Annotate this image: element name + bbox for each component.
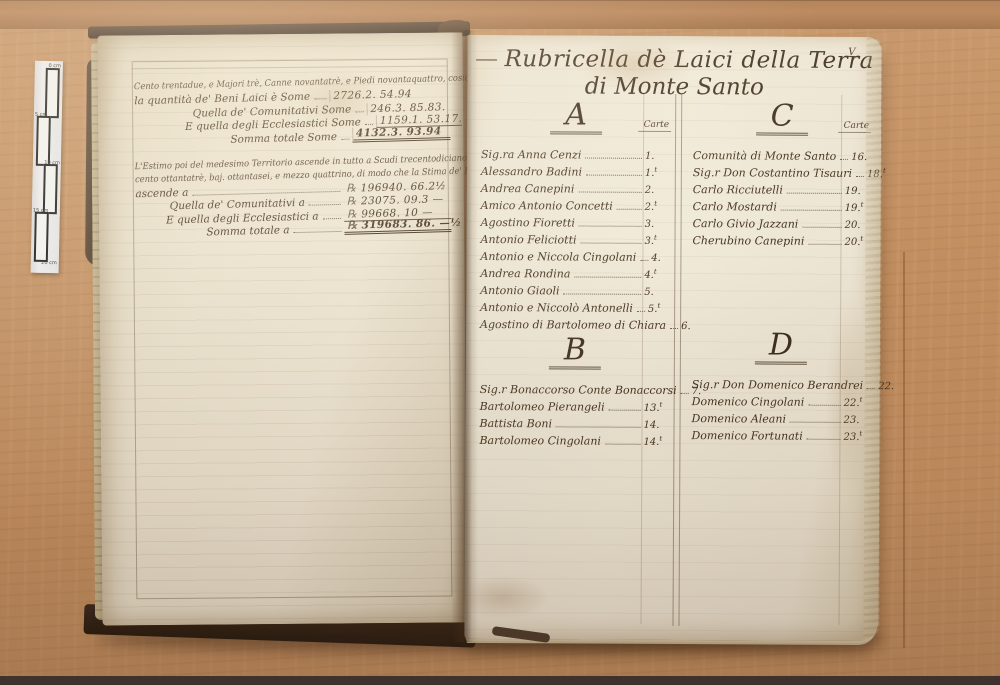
scudi-symbol: ℞ (346, 194, 357, 207)
entry-name: Amico Antonio Concetti (481, 199, 613, 213)
entry-carte: 22.t (844, 398, 870, 409)
index-entry: Domenico Fortunati 23.t (691, 425, 869, 443)
scudi-symbol: ℞ (346, 181, 357, 194)
dotted-leader (341, 138, 349, 139)
index-entry: Domenico Aleani 23. (692, 408, 870, 426)
index-entry: Sig.r Don Domenico Berandrei 22. (692, 374, 870, 392)
entry-carte: 2. (645, 185, 671, 196)
entry-carte: 1.t (645, 168, 671, 179)
dotted-leader (581, 243, 642, 244)
dotted-leader (617, 209, 642, 210)
scudi-symbol: ℞ (347, 218, 358, 231)
scale-segment (36, 116, 51, 166)
index-entry: Carlo Mostardi 19.t (693, 196, 871, 214)
entry-carte: 20. (845, 220, 871, 231)
entry-name: Sig.r Bonaccorso Conte Bonaccorsi (480, 383, 677, 397)
index-entry: Carlo Ricciutelli 19. (693, 179, 871, 197)
entry-name: Antonio Feliciotti (480, 233, 576, 247)
dotted-leader (579, 226, 642, 227)
entry-carte: 13.t (644, 403, 670, 414)
entry-name: Antonio e Niccolò Antonelli (480, 301, 633, 315)
account-label: Somma totale a (206, 224, 290, 238)
index-entry: Agostino Fioretti 3. (481, 212, 671, 230)
summary-some-block: Cento trentadue, e Majori trè, Canne nov… (134, 73, 451, 148)
table-plank-seam (903, 252, 905, 648)
section-header: C Carte (693, 100, 871, 141)
entry-list: Sig.ra Anna Cenzi 1. Alessandro Badini 1… (480, 144, 671, 332)
entry-carte: 19. (845, 186, 871, 197)
entry-carte: 14. (644, 420, 670, 431)
carte-header: Carte (838, 121, 872, 133)
dotted-leader (586, 175, 642, 176)
entry-carte: 4. (651, 253, 670, 264)
entry-carte: 16. (851, 152, 871, 163)
section-letter: D (692, 329, 870, 365)
dotted-leader (670, 328, 678, 329)
account-label: ascende a (135, 186, 188, 199)
account-total-value: ℞319683. 86. —½ (344, 216, 451, 235)
scale-segment (43, 164, 58, 214)
index-entry: Carlo Givio Jazzani 20. (693, 213, 871, 231)
entry-name: Domenico Aleani (692, 412, 786, 425)
dotted-leader (605, 444, 640, 445)
entry-name: Carlo Ricciutelli (693, 183, 783, 196)
index-entry: Cherubino Canepini 20.t (692, 230, 870, 248)
entry-name: Battista Boni (480, 417, 553, 430)
section-d: D Sig.r Don Domenico Berandrei 22. Domen… (691, 329, 870, 443)
index-entry: Domenico Cingolani 22.t (692, 391, 870, 409)
entry-name: Sig.r Don Costantino Tisauri (693, 166, 852, 180)
left-page: Cento trentadue, e Majori trè, Canne nov… (97, 32, 467, 625)
entry-name: Bartolomeo Cingolani (479, 434, 601, 448)
entry-carte: 22. (878, 381, 894, 392)
dotted-leader (585, 158, 642, 159)
dotted-leader (856, 176, 864, 177)
entry-name: Agostino Fioretti (481, 216, 575, 229)
entry-name: Cherubino Canepini (692, 234, 804, 248)
estimo-scudi-block: L'Estimo poi del medesimo Territorio asc… (135, 153, 452, 240)
entry-name: Sig.r Don Domenico Berandrei (692, 378, 864, 392)
scale-label: 10 cm (44, 160, 60, 166)
scale-label: 0 cm (48, 63, 61, 69)
index-entry: Sig.ra Anna Cenzi 1. (481, 144, 671, 162)
dotted-leader (323, 217, 341, 218)
amount: 319683. 86. —½ (361, 217, 461, 232)
section-c: C Carte Comunità di Monte Santo 16. Sig.… (692, 100, 871, 248)
index-entry: Comunità di Monte Santo 16. (693, 145, 871, 163)
entry-carte: 23.t (843, 432, 869, 443)
entry-carte: 3.t (644, 236, 670, 247)
entry-carte: 4.t (644, 270, 670, 281)
entry-carte: 5. (644, 287, 670, 298)
entry-name: Sig.ra Anna Cenzi (481, 148, 581, 162)
entry-carte: 20.t (844, 237, 870, 248)
entry-name: Andrea Canepini (481, 182, 575, 195)
entry-name: Agostino di Bartolomeo di Chiara (480, 318, 666, 332)
entry-name: Alessandro Badini (481, 165, 582, 179)
dotted-leader (564, 293, 642, 294)
entry-name: Carlo Mostardi (693, 200, 777, 213)
dotted-leader (867, 388, 875, 389)
entry-carte: 23. (844, 415, 870, 426)
index-entry: Andrea Canepini 2. (481, 178, 671, 196)
dotted-leader (808, 244, 841, 245)
scale-segment (45, 68, 60, 118)
entry-carte: 2.t (645, 202, 671, 213)
dotted-leader (578, 192, 641, 193)
index-entry: Andrea Rondina 4.t (480, 263, 670, 281)
dotted-leader (808, 405, 840, 406)
index-entry: Alessandro Badini 1.t (481, 161, 671, 179)
dotted-leader (314, 98, 326, 99)
index-entry: Sig.r Bonaccorso Conte Bonaccorsi 7. (480, 379, 670, 397)
index-entry: Antonio Feliciotti 3.t (480, 229, 670, 247)
scale-segment (34, 212, 49, 262)
book-gutter-shadow (451, 30, 478, 642)
entry-name: Carlo Givio Jazzani (693, 217, 799, 231)
dotted-leader (574, 276, 641, 277)
entry-carte: 3. (645, 219, 671, 230)
entry-name: Domenico Fortunati (691, 429, 802, 443)
entry-name: Bartolomeo Pierangeli (480, 400, 605, 414)
dotted-leader (781, 210, 842, 211)
dotted-leader (787, 193, 842, 194)
table-front-edge (0, 0, 1000, 29)
section-header: D (692, 329, 870, 370)
right-page: V Rubricella dè Laici della Terra di Mon… (464, 35, 881, 641)
entry-name: Antonio Giaoli (480, 284, 559, 297)
entry-list: Sig.r Bonaccorso Conte Bonaccorsi 7. Bar… (479, 379, 669, 448)
index-entry: Battista Boni 14. (480, 413, 670, 431)
entry-carte: 5.t (648, 304, 670, 315)
section-a: A Carte Sig.ra Anna Cenzi 1. Alessandro … (480, 99, 671, 332)
photo-bottom-strip (0, 676, 1000, 685)
account-total-value: 4132.3. 93.94 (352, 125, 451, 143)
section-b: B Sig.r Bonaccorso Conte Bonaccorsi 7. B… (479, 334, 670, 448)
dotted-leader (309, 204, 341, 206)
dotted-leader (681, 393, 689, 394)
dotted-leader (802, 227, 841, 228)
dotted-leader (637, 311, 645, 312)
dotted-leader (790, 422, 841, 423)
index-entry: Antonio Giaoli 5. (480, 280, 670, 298)
index-column-right: C Carte Comunità di Monte Santo 16. Sig.… (691, 100, 871, 443)
carte-header: Carte (638, 120, 672, 132)
dotted-leader (556, 426, 641, 427)
dotted-leader (355, 111, 363, 112)
section-letter: B (480, 334, 670, 370)
dotted-leader (807, 439, 841, 440)
index-entry: Antonio e Niccolò Antonelli 5.t (480, 297, 670, 315)
entry-name: Antonio e Niccola Cingolani (480, 250, 636, 264)
dotted-leader (609, 410, 641, 411)
index-entry: Antonio e Niccola Cingolani 4. (480, 246, 670, 264)
index-entry: Bartolomeo Pierangeli 13.t (480, 396, 670, 414)
entry-carte: 6. (681, 321, 691, 332)
entry-name: Domenico Cingolani (692, 395, 805, 409)
scale-label: 20 cm (41, 260, 57, 266)
entry-list: Sig.r Don Domenico Berandrei 22. Domenic… (691, 374, 869, 443)
column-divider (672, 94, 682, 626)
entry-carte: 1. (645, 151, 671, 162)
index-entry: Bartolomeo Cingolani 14.t (479, 430, 669, 448)
index-entry: Amico Antonio Concetti 2.t (481, 195, 671, 213)
entry-list: Comunità di Monte Santo 16. Sig.r Don Co… (692, 145, 871, 248)
photo-scene: 0 cm 5 cm 10 cm 15 cm 20 cm Cento trenta… (0, 0, 1000, 685)
dotted-leader (294, 231, 342, 233)
measurement-scale: 0 cm 5 cm 10 cm 15 cm 20 cm (31, 61, 63, 274)
entry-carte: 18.t (867, 169, 886, 180)
dotted-leader (365, 124, 373, 125)
scale-label: 15 cm (33, 208, 49, 214)
folio-number: V (848, 47, 855, 58)
page-title-line1: Rubricella dè Laici della Terra (467, 45, 881, 75)
scale-label: 5 cm (35, 112, 48, 118)
entry-name: Comunità di Monte Santo (693, 149, 836, 163)
section-header: B (480, 334, 670, 375)
section-header: A Carte (481, 99, 671, 140)
index-entry: Agostino di Bartolomeo di Chiara 6. (480, 314, 670, 332)
dotted-leader (840, 159, 848, 160)
entry-name: Andrea Rondina (480, 267, 570, 280)
dotted-leader (640, 260, 648, 261)
index-column-left: A Carte Sig.ra Anna Cenzi 1. Alessandro … (479, 99, 671, 448)
index-entry: Sig.r Don Costantino Tisauri 18.t (693, 162, 871, 180)
entry-carte: 19.t (845, 203, 871, 214)
entry-carte: 14.t (643, 437, 669, 448)
